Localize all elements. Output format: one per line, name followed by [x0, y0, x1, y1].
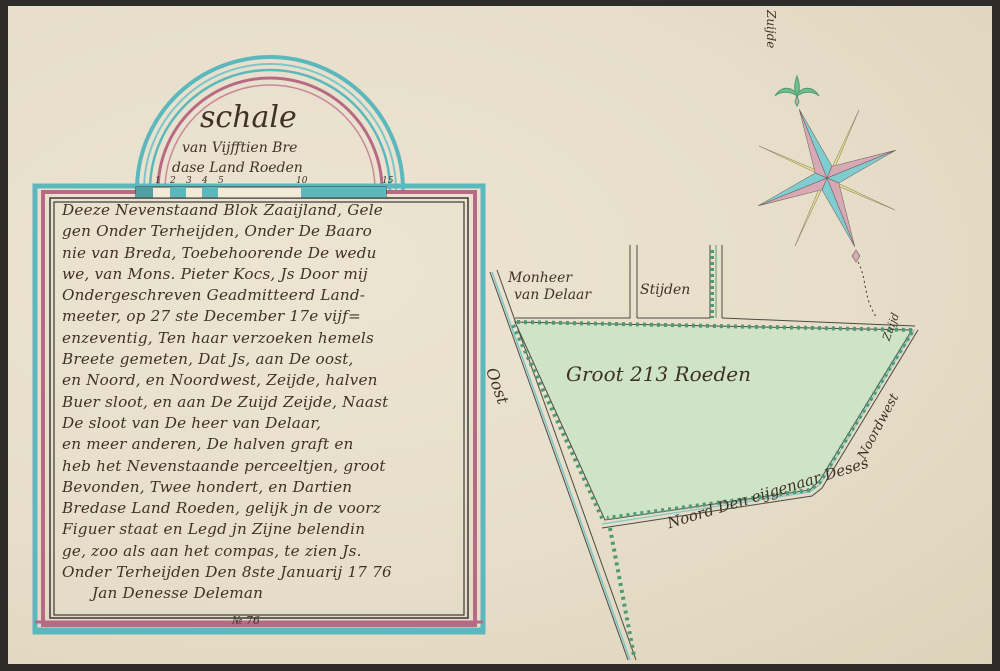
cartouche-line: meeter, op 27 ste December 17e vijf= [62, 306, 474, 327]
cartouche-text: Deeze Nevenstaand Blok Zaaijland, Gele g… [62, 200, 474, 612]
cartouche-line: Bevonden, Twee hondert, en Dartien [62, 477, 474, 498]
cartouche-line: Onder Terheijden Den 8ste Januarij 17 76 [62, 562, 474, 583]
compass-south-label: Zuijde [764, 10, 778, 48]
cartouche-line: De sloot van De heer van Delaar, [62, 413, 474, 434]
scale-subtitle-line2: dase Land Roeden [172, 160, 303, 176]
cartouche-line: gen Onder Terheijden, Onder De Baaro [62, 221, 474, 242]
cartouche-line: nie van Breda, Toebehoorende De wedu [62, 243, 474, 264]
compass-rose-icon [731, 76, 924, 318]
cartouche-line: Buer sloot, en aan De Zuijd Zeijde, Naas… [62, 392, 474, 413]
neighbor-label-line2: van Delaar [514, 287, 591, 303]
scale-subtitle-line1: van Vijfftien Bre [182, 140, 297, 156]
scale-tick: 4 [202, 176, 208, 186]
scale-tick: 10 [296, 176, 307, 186]
scale-tick: 5 [218, 176, 224, 186]
cartouche-line: en Noord, en Noordwest, Zeijde, halven [62, 370, 474, 391]
scale-title: schale [200, 100, 297, 135]
scale-tick: 3 [186, 176, 192, 186]
cartouche-line: enzeventig, Ten haar verzoeken hemels [62, 328, 474, 349]
cartouche-line: Deeze Nevenstaand Blok Zaaijland, Gele [62, 200, 474, 221]
parcel-area-label: Groot 213 Roeden [566, 362, 751, 386]
cartouche-line: Bredase Land Roeden, gelijk jn de voorz [62, 498, 474, 519]
neighbor-label-line1: Monheer [508, 270, 572, 286]
cartouche-line: Breete gemeten, Dat Js, aan De oost, [62, 349, 474, 370]
scale-bar [136, 187, 386, 198]
scale-tick: 2 [170, 176, 176, 186]
cartouche-line: ge, zoo als aan het compas, te zien Js. [62, 541, 474, 562]
surveyor-signature: Jan Denesse Deleman [62, 583, 474, 604]
scale-tick: 15 [382, 176, 393, 186]
scale-tick: 1 [155, 176, 161, 186]
catalog-number: № 76 [232, 614, 260, 627]
cartouche-line: Ondergeschreven Geadmitteerd Land- [62, 285, 474, 306]
cartouche-line: en meer anderen, De halven graft en [62, 434, 474, 455]
cartouche-line: Figuer staat en Legd jn Zijne belendin [62, 519, 474, 540]
cartouche-line: we, van Mons. Pieter Kocs, Js Door mij [62, 264, 474, 285]
cartouche-line: heb het Nevenstaande perceeltjen, groot [62, 456, 474, 477]
neighbor-label-stijden: Stijden [640, 282, 690, 298]
